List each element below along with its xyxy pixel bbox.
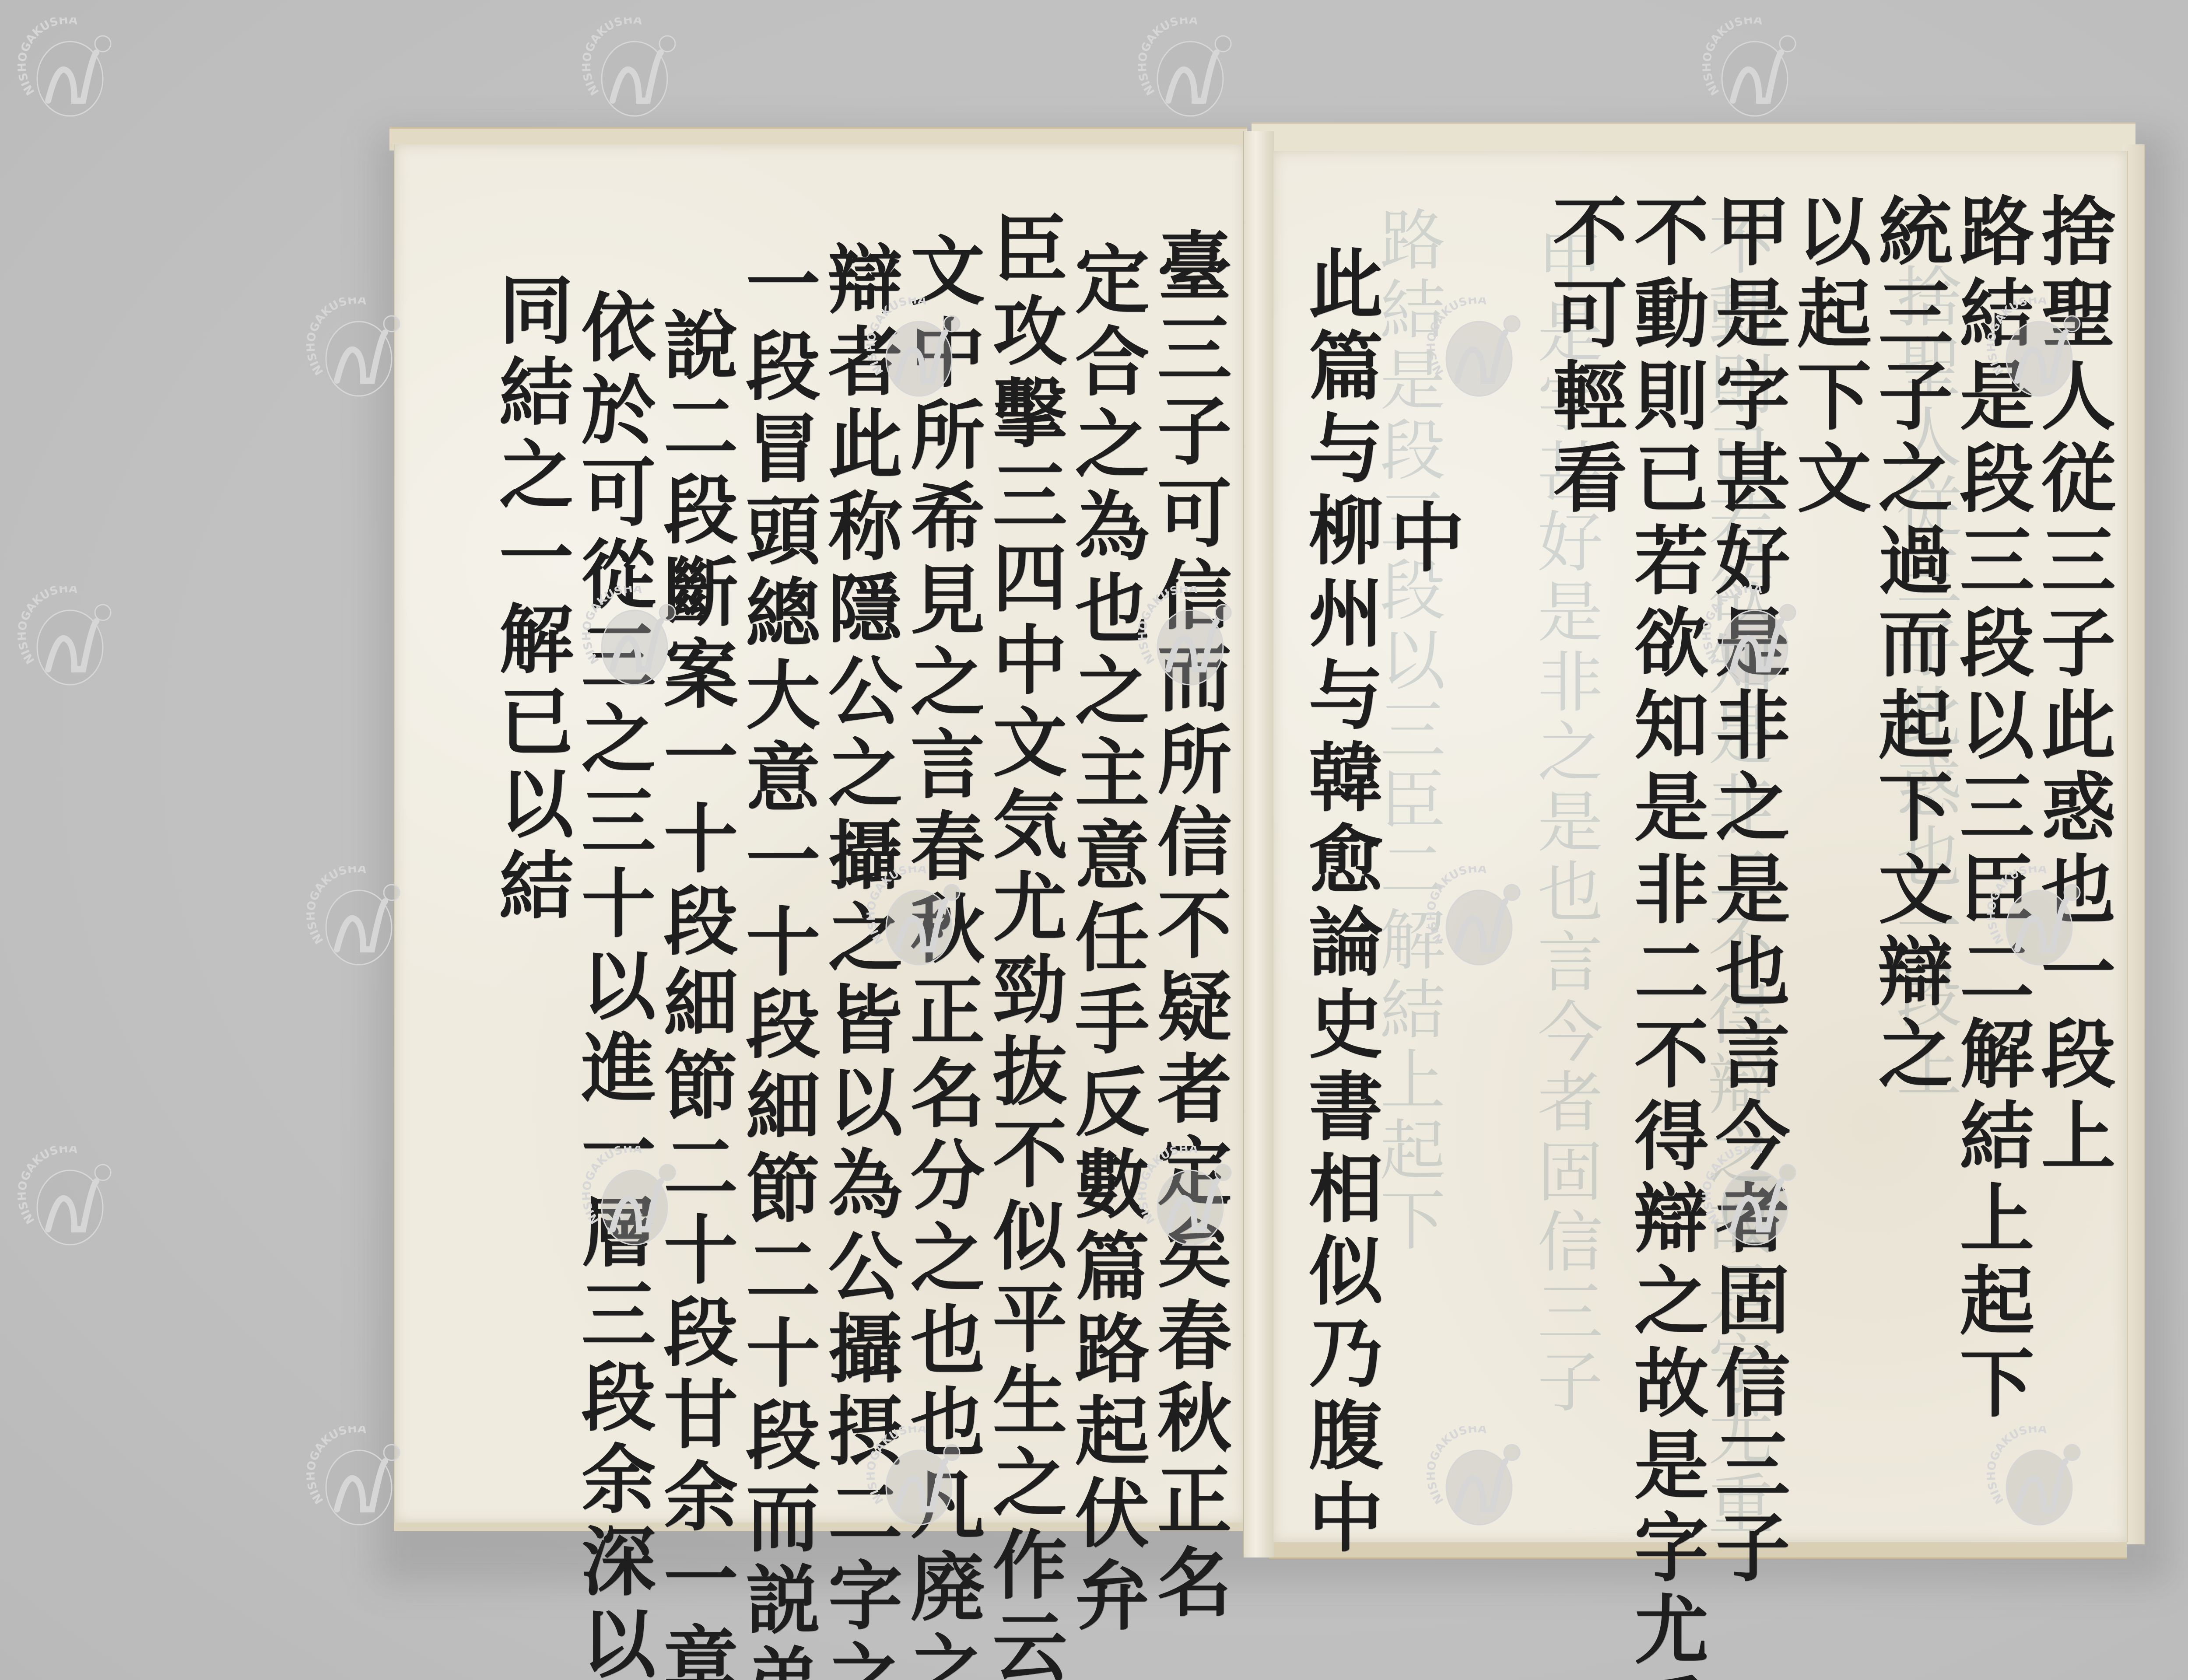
text-column: 文中所希見之言春秋正名分之也也凡廃之云 (900, 192, 978, 1505)
text-column: 以起下文 (1788, 192, 1865, 1505)
text-column: 此篇与柳州与韓愈論史書相似乃腹中 (1300, 192, 1377, 1505)
open-manuscript-book: 路結是段三段以三臣二解結上起下 甲是字甚好是非之是也言今者固信三子 不動則已若欲… (0, 0, 2188, 1680)
right-page-top-edge (1252, 122, 2135, 154)
section-marker: 中 (1381, 192, 1458, 1505)
text-column: 臺三子可信而所信不疑者定矣春秋正名 (1147, 192, 1225, 1505)
text-column: 一段冒頭總大意一十段細節二十段而説弟收文 (735, 192, 814, 1505)
text-column: 統三子之過而起下文辯之 (1869, 192, 1946, 1505)
text-column: 捨聖人従三子此惑也一段上 (2032, 192, 2109, 1505)
text-column: 臣攻擊三四中文気尤勁抜不似平生之作云 (982, 192, 1061, 1505)
book-gutter (1243, 131, 1274, 1557)
text-column: 同結之一解已以結 (488, 192, 567, 1505)
text-column: 定合之為也之主意任手反數篇路起伏弁 (1064, 192, 1143, 1505)
text-column: 不動則已若欲知是非二不得辯之故是字尤重 (1625, 192, 1702, 1505)
text-column (1462, 192, 1539, 1505)
right-page-text: 捨聖人従三子此惑也一段上 路結是段三段以三臣二解結上起下 統三子之過而起下文辯之… (1295, 192, 2109, 1505)
text-column: 不可輕看 (1544, 192, 1621, 1505)
text-column: 路結是段三段以三臣二解結上起下 (1951, 192, 2028, 1505)
left-page-text: 臺三子可信而所信不疑者定矣春秋正名 定合之為也之主意任手反數篇路起伏弁 臣攻擊三… (420, 192, 1225, 1505)
text-column: 辯者此称隱公之攝之皆以為公攝摂二字之眼 (817, 192, 896, 1505)
text-column: 說二段斷案一十段細節二十段甘余一章一章 (653, 192, 732, 1505)
text-column: 依於可從三之三十以進一層三段余深以難 (571, 192, 649, 1505)
text-column: 甲是字甚好是非之是也言今者固信三子 (1707, 192, 1784, 1505)
